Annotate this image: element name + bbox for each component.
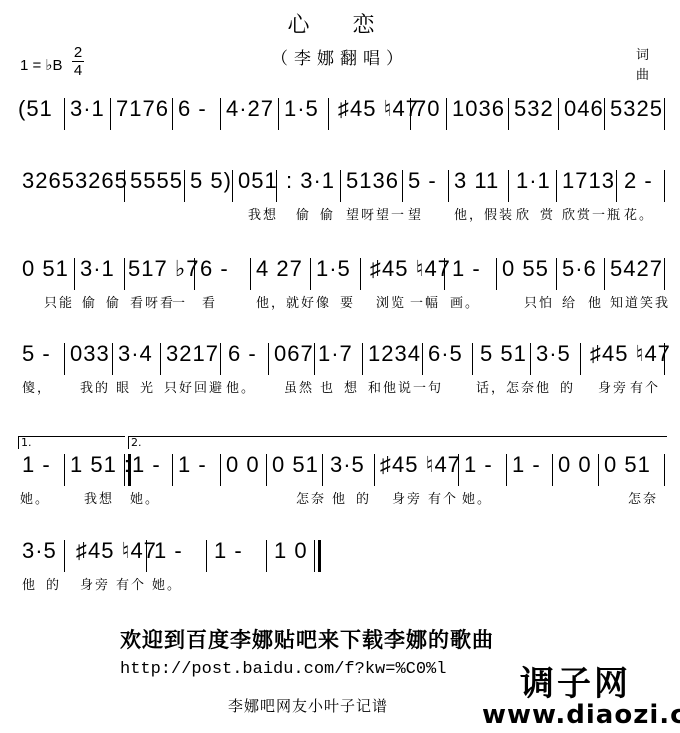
measure-notes: 1 0 (274, 538, 308, 572)
barline (64, 454, 65, 486)
measure-notes: 32653265 (22, 168, 128, 202)
lyric-text: 怎奈 (296, 488, 326, 507)
barline (310, 258, 311, 290)
lyric-text: 知道笑我 (610, 292, 670, 311)
lyric-text: 虽然 (284, 377, 314, 396)
measure-notes: 1 - (178, 452, 207, 486)
measure-notes: 1036 (452, 96, 505, 130)
barline (328, 98, 329, 130)
barline (266, 454, 267, 486)
measure-notes: 3217 (166, 341, 219, 375)
barline (508, 170, 509, 202)
lyric-text: 眼 (116, 377, 131, 396)
measure-notes: 6 - (228, 341, 257, 375)
barline (458, 454, 459, 486)
volta-bracket: 2. (128, 436, 667, 449)
barline (448, 170, 449, 202)
measure-notes: 033 (70, 341, 110, 375)
measure-notes: ♯45 ♮47 (338, 96, 419, 130)
measure-notes: 5136 (346, 168, 399, 202)
lyric-text: 只能 (44, 292, 74, 311)
measure-notes: 6·5 (428, 341, 463, 375)
key-signature: 1 = ♭B (20, 56, 63, 74)
lyric-text: 我想 (84, 488, 114, 507)
lyric-text: 有个 (428, 488, 458, 507)
measure-notes: 3·5 (22, 538, 57, 572)
lyric-text: 像 (316, 292, 331, 311)
barline (146, 540, 147, 572)
lyric-text: 也 (320, 377, 335, 396)
barline (664, 98, 665, 130)
lyric-text: 浏览 (376, 292, 406, 311)
measure-notes: 1 - (214, 538, 243, 572)
measure-notes: ♯45 ♮47 (590, 341, 671, 375)
repeat-barline (124, 454, 131, 486)
barline (64, 343, 65, 375)
measure-notes: 1·7 (318, 341, 353, 375)
barline (250, 258, 251, 290)
measure-notes: 5555 (130, 168, 183, 202)
lyric-text: 看 (202, 292, 217, 311)
measure-notes: 7176 (116, 96, 169, 130)
measure-notes: 1713 (562, 168, 615, 202)
measure-notes: 5 - (22, 341, 51, 375)
barline (124, 170, 125, 202)
lyricist-label: 词 (636, 44, 649, 63)
barline (220, 343, 221, 375)
barline (360, 258, 361, 290)
lyric-text: 欣 (516, 204, 531, 223)
measure-notes: 1·1 (516, 168, 551, 202)
lyric-text: 偷 (82, 292, 97, 311)
measure-notes: 1 - (132, 452, 161, 486)
barline (508, 98, 509, 130)
measure-notes: 1234 (368, 341, 421, 375)
barline (64, 540, 65, 572)
measure-notes: 1 51 : (70, 452, 131, 486)
measure-notes: 0 0 (558, 452, 592, 486)
measure-notes: 1 - (512, 452, 541, 486)
barline (276, 170, 277, 202)
barline (362, 343, 363, 375)
lyric-text: 看呀看 (130, 292, 175, 311)
score-line: (513·171766 -4·271·5♯45 ♮477010365320465… (0, 96, 680, 156)
barline (374, 454, 375, 486)
measure-notes: ♯45 ♮47 (370, 256, 451, 290)
lyric-text: 她。 (152, 574, 182, 593)
lyric-text: 她。 (130, 488, 160, 507)
composer-label: 曲 (636, 64, 649, 83)
measure-notes: 6 - (200, 256, 229, 290)
barline (604, 258, 605, 290)
lyric-text: 欣赏一瓶 (562, 204, 622, 223)
barline (664, 343, 665, 375)
barline (74, 258, 75, 290)
barline (444, 258, 445, 290)
lyric-text: 只好回避 (164, 377, 224, 396)
barline (410, 98, 411, 130)
barline (616, 170, 617, 202)
barline (556, 170, 557, 202)
lyric-text: 她。 (20, 488, 50, 507)
measure-notes: 532 (514, 96, 554, 130)
barline (194, 258, 195, 290)
measure-notes: 067 (274, 341, 314, 375)
barline (340, 170, 341, 202)
lyric-text: 只怕 (524, 292, 554, 311)
barline (558, 98, 559, 130)
measure-notes: 5427 (610, 256, 663, 290)
measure-notes: 051 (238, 168, 278, 202)
lyric-text: 句 (428, 377, 443, 396)
barline (268, 343, 269, 375)
lyric-text: 一 (172, 292, 187, 311)
measure-notes: : 3·1 (286, 168, 335, 202)
measure-notes: 4 27 (256, 256, 303, 290)
barline (172, 98, 173, 130)
measure-notes: 1·5 (284, 96, 319, 130)
song-title: 心 恋 (0, 8, 680, 39)
lyric-text: 他 (588, 292, 603, 311)
volta-bracket: 1. (18, 436, 125, 449)
measure-notes: 3·1 (70, 96, 105, 130)
barline (220, 98, 221, 130)
score-line: 3·5♯45 ♮471 -1 -1 0他的身旁有个她。 (0, 538, 680, 598)
score-line: 1.2.1 -1 51 :1 -1 -0 00 513·5♯45 ♮471 -1… (0, 452, 680, 512)
measure-notes: 5·6 (562, 256, 597, 290)
barline (322, 454, 323, 486)
lyric-text: 望 (408, 204, 423, 223)
barline (664, 258, 665, 290)
lyric-text: 他，假装 (454, 204, 514, 223)
barline (664, 454, 665, 486)
measure-notes: 1 - (464, 452, 493, 486)
watermark-url: www.diaozi.com (482, 700, 680, 730)
lyric-text: 身旁 (80, 574, 110, 593)
lyric-text: 他。 (226, 377, 256, 396)
source-url[interactable]: http://post.baidu.com/f?kw=%C0%l (120, 660, 446, 679)
welcome-text: 欢迎到百度李娜贴吧来下载李娜的歌曲 (120, 624, 494, 654)
measure-notes: (51 (18, 96, 53, 130)
barline (278, 98, 279, 130)
measure-notes: 0 0 (226, 452, 260, 486)
measure-notes: 5 - (408, 168, 437, 202)
measure-notes: 5 51 (480, 341, 527, 375)
score-line: 3265326555555 5)051: 3·151365 -3 111·117… (0, 168, 680, 228)
barline (220, 454, 221, 486)
measure-notes: 046 (564, 96, 604, 130)
barline (580, 343, 581, 375)
barline (506, 454, 507, 486)
lyric-text: 话，怎奈 (476, 377, 536, 396)
lyric-text: 的 (560, 377, 575, 396)
measure-notes: 0 51 (604, 452, 651, 486)
measure-notes: 5 5) (190, 168, 232, 202)
measure-notes: 1 - (154, 538, 183, 572)
lyric-text: 偷 (106, 292, 121, 311)
lyric-text: 偷 (320, 204, 335, 223)
barline (266, 540, 267, 572)
lyric-text: 我的 (80, 377, 110, 396)
measure-notes: ♯45 ♮47 (380, 452, 461, 486)
lyric-text: 有个 (116, 574, 146, 593)
time-signature-top: 2 (72, 44, 84, 61)
lyric-text: 他 (536, 377, 551, 396)
lyric-text: 偷 (296, 204, 311, 223)
lyric-text: 的 (46, 574, 61, 593)
measure-notes: 0 51 (272, 452, 319, 486)
barline (184, 170, 185, 202)
measure-notes: 70 (414, 96, 440, 130)
barline (598, 454, 599, 486)
barline (604, 98, 605, 130)
lyric-text: 傻， (22, 377, 52, 396)
measure-notes: 4·27 (226, 96, 274, 130)
lyric-text: 身旁 (392, 488, 422, 507)
measure-notes: 0 51 (22, 256, 69, 290)
measure-notes: 3·1 (80, 256, 115, 290)
lyric-text: 一幅 (410, 292, 440, 311)
lyric-text: 他 (332, 488, 347, 507)
transcriber-credit: 李娜吧网友小叶子记谱 (228, 695, 388, 716)
lyric-text: 赏 (540, 204, 555, 223)
lyric-text: 的 (356, 488, 371, 507)
barline (206, 540, 207, 572)
measure-notes: 1·5 (316, 256, 351, 290)
barline (110, 98, 111, 130)
song-subtitle: （李娜翻唱） (0, 44, 680, 69)
barline (530, 343, 531, 375)
measure-notes: 0 55 (502, 256, 549, 290)
measure-notes: 1 - (452, 256, 481, 290)
measure-notes: 3·5 (536, 341, 571, 375)
lyric-text: 望呀望一 (346, 204, 406, 223)
measure-notes: 3 11 (454, 168, 499, 202)
lyric-text: 他 (22, 574, 37, 593)
measure-notes: 517 ♭7 (128, 256, 199, 290)
score-line: 5 -0333·432176 -0671·712346·55 513·5♯45 … (0, 341, 680, 401)
barline (552, 454, 553, 486)
lyric-text: 怎奈 (628, 488, 658, 507)
lyric-text: 他，就好 (256, 292, 316, 311)
lyric-text: 要 (340, 292, 355, 311)
time-signature-bottom: 4 (72, 62, 84, 79)
lyric-text: 花。 (624, 204, 654, 223)
barline (232, 170, 233, 202)
barline (124, 258, 125, 290)
barline (446, 98, 447, 130)
lyric-text: 她。 (462, 488, 492, 507)
barline (496, 258, 497, 290)
barline (556, 258, 557, 290)
barline (402, 170, 403, 202)
lyric-text: 有个 (630, 377, 660, 396)
barline (112, 343, 113, 375)
measure-notes: 5325 (610, 96, 663, 130)
lyric-text: 身旁 (598, 377, 628, 396)
measure-notes: 1 - (22, 452, 51, 486)
barline (472, 343, 473, 375)
measure-notes: 3·4 (118, 341, 153, 375)
watermark-logo: 调子网 (520, 656, 631, 705)
measure-notes: 6 - (178, 96, 207, 130)
barline (664, 170, 665, 202)
final-barline (314, 540, 321, 572)
measure-notes: 2 - (624, 168, 653, 202)
barline (160, 343, 161, 375)
measure-notes: ♯45 ♮47 (76, 538, 157, 572)
lyric-text: 和他说一 (368, 377, 428, 396)
lyric-text: 光 (140, 377, 155, 396)
measure-notes: 3·5 (330, 452, 365, 486)
lyric-text: 画。 (450, 292, 480, 311)
score-line: 0 513·1517 ♭76 -4 271·5♯45 ♮471 -0 555·6… (0, 256, 680, 316)
lyric-text: 给 (562, 292, 577, 311)
barline (314, 343, 315, 375)
barline (422, 343, 423, 375)
barline (172, 454, 173, 486)
barline (64, 98, 65, 130)
lyric-text: 想 (344, 377, 359, 396)
lyric-text: 我想 (248, 204, 278, 223)
time-signature: 2 4 (72, 44, 84, 79)
